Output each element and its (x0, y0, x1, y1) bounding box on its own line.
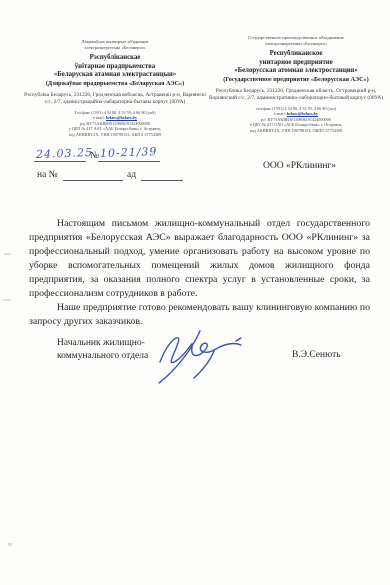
scan-artifact (4, 253, 11, 255)
org-short-name: (Дзяржаўнае прадпрыемства «Беларуская АЭ… (24, 80, 206, 88)
letterhead: Дзяржаўнае вытворчае аб'яднанне электраэ… (24, 35, 386, 138)
org-contacts: тел/факс (1591) 4 54 80, 4 53 59, 4 66 9… (206, 106, 386, 134)
org-type-line: ўнітарнае прадпрыемства (24, 63, 206, 72)
body-paragraph: Наше предприятие готово рекомендовать ва… (29, 301, 370, 329)
org-type-line: Республиканское (206, 50, 386, 59)
org-name: «Белорусская атомная электростанция» (206, 67, 386, 76)
reply-from-label: ад (127, 170, 136, 180)
letter-body: Настоящим письмом жилищно-коммунальный о… (29, 217, 370, 329)
email-label: e-mail: (93, 115, 106, 120)
email-address: belaes@belaes.by (106, 115, 137, 120)
org-address: Республика Беларусь, 231220, Гродненская… (206, 88, 386, 103)
scan-artifact (3, 299, 11, 301)
addressee: ООО «РКлининг» (263, 161, 336, 171)
letterhead-russian-column: Государственное производственное объедин… (206, 35, 386, 138)
letterhead-belarusian-column: Дзяржаўнае вытворчае аб'яднанне электраэ… (24, 35, 206, 138)
number-sign: № (90, 151, 99, 161)
handwritten-date: 24.03.25 (36, 146, 93, 161)
registration-codes-line: код AKBBBY2X, УНП 190798153, ОКПО 377543… (206, 128, 386, 134)
handwritten-outgoing-number: 10-21/39 (100, 145, 158, 160)
reply-date-underline (141, 180, 183, 181)
date-underline (34, 161, 86, 162)
email-label: e-mail: (274, 111, 287, 116)
signer-position: Начальник жилищно- коммунального отдела (57, 337, 148, 363)
org-type-line: Рэспубліканскае (24, 54, 206, 63)
number-underline (98, 161, 160, 162)
handwritten-signature (148, 326, 248, 384)
body-paragraph: Настоящим письмом жилищно-коммунальный о… (29, 217, 370, 301)
org-name: «Беларуская атамная электрастанцыя» (24, 71, 206, 80)
registration-codes-line: код AKBBBY2X, УНП 190798153, АКПА 377543… (24, 132, 206, 138)
scanned-letter-page: Дзяржаўнае вытворчае аб'яднанне электраэ… (0, 0, 390, 585)
org-address: Рэспубліка Беларусь, 231220, Гродзенская… (24, 92, 206, 107)
signer-name: В.Э.Сенють (292, 350, 341, 360)
reply-to-label: на № (37, 170, 58, 180)
signer-position-line: коммунального отдела (57, 350, 148, 363)
org-contacts: Тэл/факс (1591) 4 54 80, 4 53 59, 4 66 9… (24, 110, 206, 138)
reply-number-underline (63, 180, 123, 181)
scan-artifact (8, 543, 12, 546)
org-type-line: унитарное предприятие (206, 59, 386, 68)
org-short-name: (Государственное предприятие «Белорусска… (206, 76, 386, 84)
signer-position-line: Начальник жилищно- (57, 337, 148, 350)
email-address: belaes@belaes.by (287, 111, 318, 116)
